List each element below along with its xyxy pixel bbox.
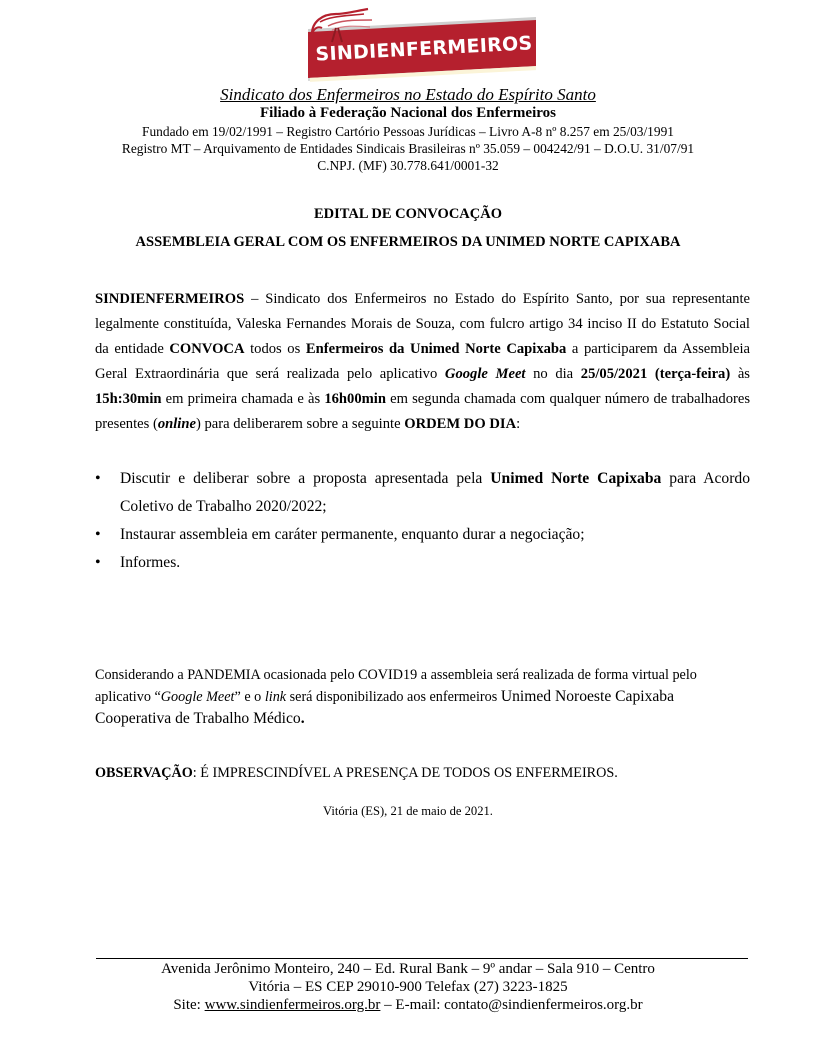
agenda-list: Discutir e deliberar sobre a proposta ap… bbox=[95, 465, 750, 577]
org-affiliation: Filiado à Federação Nacional dos Enferme… bbox=[0, 105, 816, 122]
body-text: todos os bbox=[245, 341, 306, 357]
body-bold: Enfermeiros da Unimed Norte Capixaba bbox=[306, 341, 566, 357]
footer-contact: Site: www.sindienfermeiros.org.br – E-ma… bbox=[0, 997, 816, 1014]
body-text: no dia bbox=[525, 366, 580, 382]
org-registration-line: Registro MT – Arquivamento de Entidades … bbox=[0, 141, 816, 157]
website-link[interactable]: www.sindienfermeiros.org.br bbox=[205, 997, 381, 1013]
date-line: Vitória (ES), 21 de maio de 2021. bbox=[0, 804, 816, 819]
org-name: Sindicato dos Enfermeiros no Estado do E… bbox=[0, 85, 816, 105]
footer-divider bbox=[96, 958, 748, 959]
body-bold-italic: online bbox=[158, 416, 196, 432]
observation-text: : É IMPRESCINDÍVEL A PRESENÇA DE TODOS O… bbox=[193, 765, 618, 781]
list-item: Informes. bbox=[95, 549, 750, 577]
convocation-paragraph: SINDIENFERMEIROS – Sindicato dos Enferme… bbox=[95, 287, 750, 437]
org-registration-line: Fundado em 19/02/1991 – Registro Cartóri… bbox=[0, 124, 816, 140]
meeting-date: 25/05/2021 (terça-feira) bbox=[581, 366, 730, 382]
org-cnpj-line: C.NPJ. (MF) 30.778.641/0001-32 bbox=[0, 158, 816, 174]
footer-city-phone: Vitória – ES CEP 29010-900 Telefax (27) … bbox=[0, 979, 816, 996]
body-text: às bbox=[730, 366, 750, 382]
document-subtitle: ASSEMBLEIA GERAL COM OS ENFERMEIROS DA U… bbox=[0, 234, 816, 251]
body-text: : bbox=[516, 416, 520, 432]
list-item: Instaurar assembleia em caráter permanen… bbox=[95, 521, 750, 549]
document-title: EDITAL DE CONVOCAÇÃO bbox=[0, 206, 816, 223]
org-acronym: SINDIENFERMEIROS bbox=[95, 291, 244, 307]
body-bold: CONVOCA bbox=[169, 341, 244, 357]
observation-note: OBSERVAÇÃO: É IMPRESCINDÍVEL A PRESENÇA … bbox=[95, 765, 618, 782]
footer-address: Avenida Jerônimo Monteiro, 240 – Ed. Rur… bbox=[0, 961, 816, 978]
body-text: em primeira chamada e às bbox=[162, 391, 325, 407]
second-call-time: 16h00min bbox=[324, 391, 386, 407]
site-label: Site: bbox=[173, 997, 204, 1013]
first-call-time: 15h:30min bbox=[95, 391, 162, 407]
observation-label: OBSERVAÇÃO bbox=[95, 765, 193, 781]
sindienfermeiros-logo: SINDIENFERMEIROS bbox=[306, 6, 538, 78]
app-name: Google Meet bbox=[445, 366, 526, 382]
body-text: ) para deliberarem sobre a seguinte bbox=[196, 416, 404, 432]
pandemic-note: Considerando a PANDEMIA ocasionada pelo … bbox=[95, 665, 735, 730]
list-item: Discutir e deliberar sobre a proposta ap… bbox=[95, 465, 750, 521]
email-text: – E-mail: contato@sindienfermeiros.org.b… bbox=[380, 997, 642, 1013]
agenda-heading: ORDEM DO DIA bbox=[404, 416, 516, 432]
